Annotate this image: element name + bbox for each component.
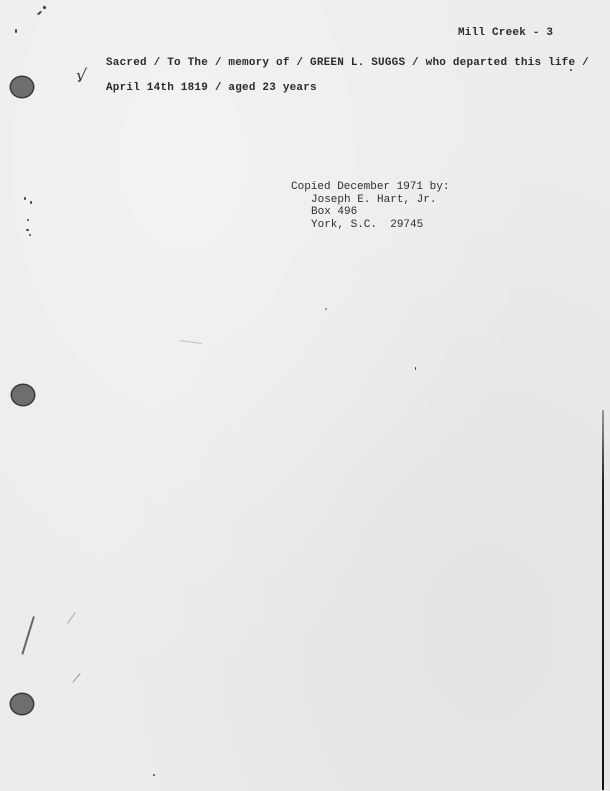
- scan-speck: [27, 219, 29, 221]
- scan-speck: [37, 11, 42, 16]
- page-label: Mill Creek - 3: [458, 27, 553, 39]
- copier-city: York, S.C. 29745: [291, 219, 449, 232]
- stray-pencil-mark: [67, 612, 76, 624]
- stray-pencil-mark: [180, 340, 202, 344]
- scan-speck: [15, 29, 17, 33]
- checkmark-icon: √: [75, 66, 87, 87]
- scan-speck: [30, 201, 32, 204]
- scanned-document-page: Mill Creek - 3 √ Sacred / To The / memor…: [0, 0, 610, 791]
- inscription-line-2: April 14th 1819 / aged 23 years: [106, 82, 317, 94]
- scan-speck: [29, 234, 31, 236]
- copy-date-line: Copied December 1971 by:: [291, 181, 449, 194]
- punch-hole-icon: [11, 77, 33, 97]
- scan-speck: [570, 69, 572, 71]
- scan-speck: [415, 367, 416, 370]
- scan-speck: [42, 5, 46, 9]
- copy-attribution: Copied December 1971 by: Joseph E. Hart,…: [291, 181, 449, 231]
- punch-hole-icon: [11, 694, 33, 714]
- scan-speck: [325, 308, 327, 310]
- inscription-line-1: Sacred / To The / memory of / GREEN L. S…: [106, 57, 589, 69]
- stray-pencil-mark: [72, 673, 80, 683]
- scan-speck: [153, 774, 155, 776]
- stray-pencil-mark: [21, 616, 34, 655]
- scan-speck: [78, 80, 80, 82]
- copier-name: Joseph E. Hart, Jr.: [291, 194, 449, 207]
- scan-speck: [26, 229, 29, 231]
- copier-box: Box 496: [291, 206, 449, 219]
- page-edge-line: [602, 410, 604, 790]
- punch-hole-icon: [12, 385, 34, 405]
- scan-speck: [24, 197, 26, 200]
